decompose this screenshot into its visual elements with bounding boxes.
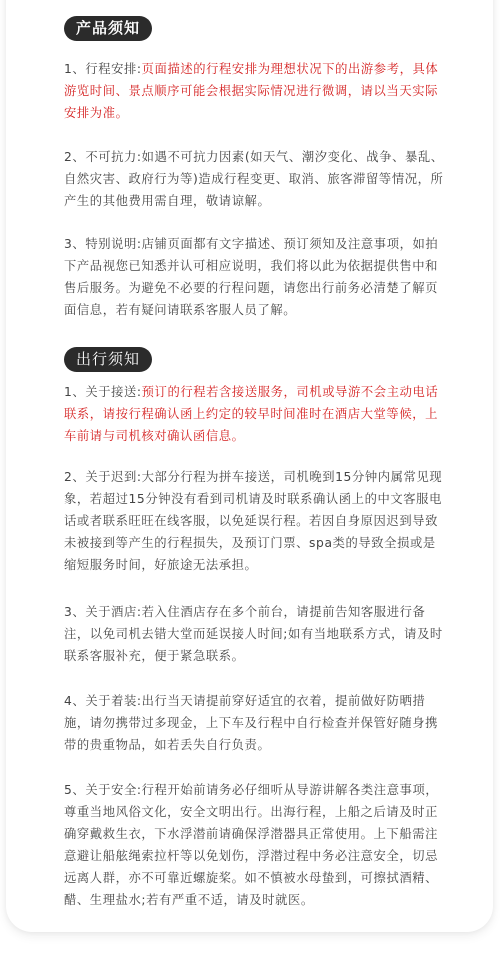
travel-notice-item-4: 4、关于着装:出行当天请提前穿好适宜的衣着，提前做好防晒措施，请勿携带过多现金，… <box>64 690 444 756</box>
section-title-travel-notice: 出行须知 <box>64 347 152 372</box>
travel-notice-item-1: 1、关于接送:预订的行程若含接送服务，司机或导游不会主动电话联系，请按行程确认函… <box>64 381 444 447</box>
item-lead: 1、关于接送: <box>64 385 142 399</box>
item-body: 行程开始前请务必仔细听从导游讲解各类注意事项，尊重当地风俗文化，安全文明出行。出… <box>64 783 438 907</box>
product-notice-item-1: 1、行程安排:页面描述的行程安排为理想状况下的出游参考，具体游览时间、景点顺序可… <box>64 58 444 124</box>
travel-notice-item-5: 5、关于安全:行程开始前请务必仔细听从导游讲解各类注意事项，尊重当地风俗文化，安… <box>64 779 444 911</box>
item-lead: 2、不可抗力: <box>64 150 142 164</box>
item-lead: 4、关于着装: <box>64 694 142 708</box>
product-notice-item-3: 3、特别说明:店铺页面都有文字描述、预订须知及注意事项，如拍下产品视您已知悉并认… <box>64 233 444 321</box>
section-title-product-notice: 产品须知 <box>64 16 152 41</box>
item-lead: 3、特别说明: <box>64 237 142 251</box>
item-lead: 3、关于酒店: <box>64 605 142 619</box>
travel-notice-item-2: 2、关于迟到:大部分行程为拼车接送，司机晚到15分钟内属常见现象，若超过15分钟… <box>64 466 444 576</box>
item-lead: 2、关于迟到: <box>64 470 142 484</box>
travel-notice-item-3: 3、关于酒店:若入住酒店存在多个前台，请提前告知客服进行备注，以免司机去错大堂而… <box>64 601 444 667</box>
item-lead: 5、关于安全: <box>64 783 142 797</box>
item-lead: 1、行程安排: <box>64 62 142 76</box>
item-body: 大部分行程为拼车接送，司机晚到15分钟内属常见现象，若超过15分钟没有看到司机请… <box>64 470 442 572</box>
product-notice-item-2: 2、不可抗力:如遇不可抗力因素(如天气、潮汐变化、战争、暴乱、自然灾害、政府行为… <box>64 146 444 212</box>
